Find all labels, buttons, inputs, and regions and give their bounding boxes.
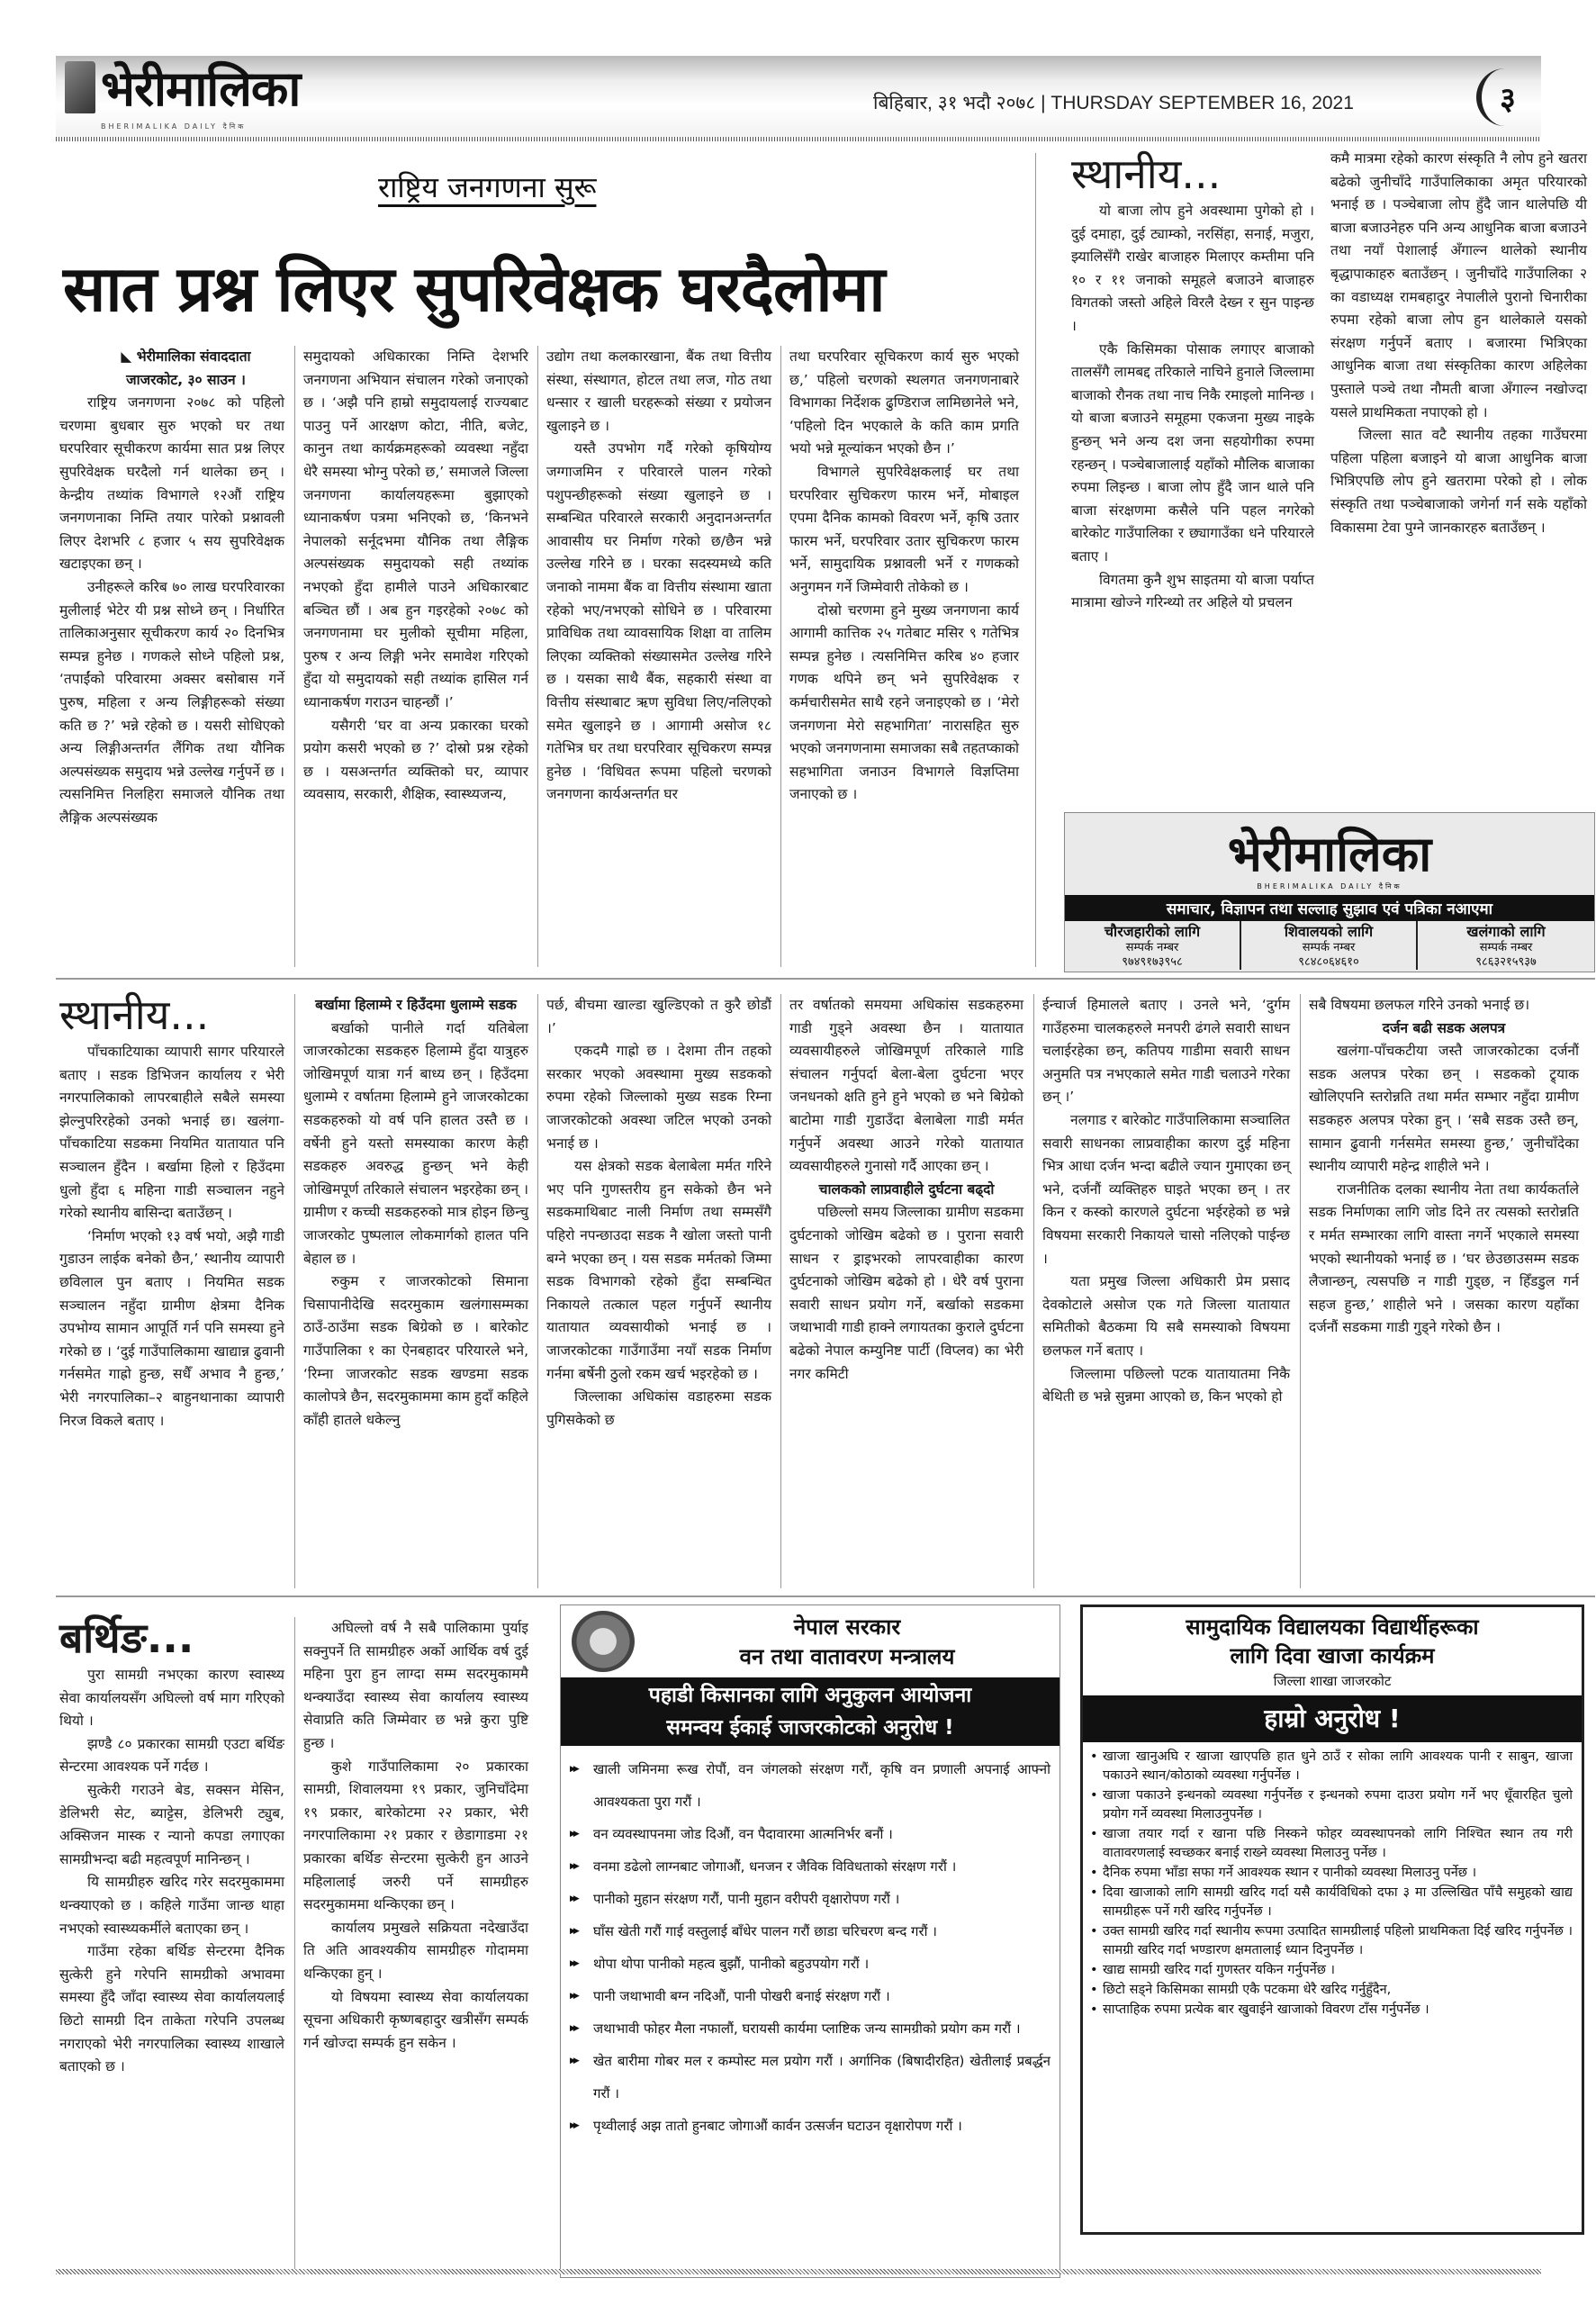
list-item: पृथ्वीलाई अझ तातो हुनबाट जोगाऔं कार्वन उ… <box>573 2110 1050 2142</box>
dateline-place: जाजरकोट, ३० साउन । <box>59 369 284 393</box>
local-mid-column-6: सबै विषयमा छलफल गरिने उनको भनाई छ। दर्जन… <box>1309 994 1579 1340</box>
lead-column-1: ◣ भेरीमालिका संवाददाता जाजरकोट, ३० साउन … <box>59 346 284 829</box>
local-mid-column-3: पर्छ, बीचमा खाल्डा खुल्डिएको त कुरै छोडौ… <box>546 994 771 1432</box>
list-item: दैनिक रुपमा भाँडा सफा गर्ने आवश्यक स्थान… <box>1090 1864 1573 1883</box>
local-mid-column-2: बर्खामा हिलाम्मे र हिउँदमा धुलाम्मे सडक … <box>303 994 528 1432</box>
byline: ◣ भेरीमालिका संवाददाता <box>59 346 284 369</box>
paragraph: पर्छ, बीचमा खाल्डा खुल्डिएको त कुरै छोडौ… <box>546 994 771 1040</box>
list-item: पानी जथाभावी बग्न नदिऔं, पानी पोखरी बनाई… <box>573 1980 1050 2012</box>
paragraph: यसैगरी ‘घर वा अन्य प्रकारका घरको प्रयोग … <box>303 715 528 807</box>
phone-number[interactable]: ९८६३२१५९३७ <box>1421 955 1591 970</box>
paragraph: विभागले सुपरिवेक्षकलाई घर तथा घरपरिवार स… <box>789 461 1019 600</box>
paragraph: गाउँमा रहेका बर्थिङ सेन्टरमा दैनिक सुत्क… <box>59 1940 284 2079</box>
page-number: ३ <box>1476 68 1534 126</box>
birthing-column-2: अघिल्लो वर्ष नै सबै पालिकामा पुर्याइ सक्… <box>303 1617 528 2055</box>
phone-number[interactable]: ९८४८०६४६१० <box>1245 955 1412 970</box>
story-kicker: राष्ट्रिय जनगणना सुरू <box>378 167 596 206</box>
column-divider <box>294 1617 295 2274</box>
paragraph: पछिल्लो समय जिल्लाका ग्रामीण सडकमा दुर्घ… <box>789 1201 1023 1386</box>
gov-ad-banner: पहाडी किसानका लागि अनुकुलन आयोजना समन्वय… <box>561 1677 1059 1746</box>
government-advertisement: नेपाल सरकार वन तथा वातावरण मन्त्रालय पहा… <box>560 1604 1060 2278</box>
paragraph: एकदमै गाह्रो छ । देशमा तीन तहको सरकार भए… <box>546 1040 771 1155</box>
story-headline: सात प्रश्न लिएर सुपरिवेक्षक घरदैलोमा <box>63 243 885 330</box>
contact-shivalaya: शिवालयको लागि सम्पर्क नम्बर ९८४८०६४६१० <box>1241 921 1418 970</box>
paragraph: तर वर्षातको समयमा अधिकांस सडकहरुमा गाडी … <box>789 994 1023 1179</box>
paragraph: जिल्ला सात वटै स्थानीय तहका गाउँघरमा पहि… <box>1330 424 1587 539</box>
promo-logo: भेरीमालिका <box>1065 813 1594 885</box>
paragraph: जिल्लाका अधिकांस वडाहरुमा सडक पुगिसकेको … <box>546 1386 771 1432</box>
promo-contacts: चौरजहारीको लागि सम्पर्क नम्बर ९७४९१७३९५८… <box>1065 921 1594 970</box>
paragraph: एकै किसिमका पोसाक लगाएर बाजाको तालसँगै ल… <box>1071 339 1314 569</box>
dateline: बिहिबार, ३१ भदौ २०७८ | THURSDAY SEPTEMBE… <box>873 90 1354 115</box>
phone-number[interactable]: ९७४९१७३९५८ <box>1069 955 1236 970</box>
paragraph: कुशे गाउँपालिकामा २० प्रकारका सामग्री, श… <box>303 1756 528 1917</box>
paragraph: दोस्रो चरणमा हुने मुख्य जनगणना कार्य आगा… <box>789 600 1019 807</box>
column-divider <box>294 346 295 967</box>
paragraph: बर्खाको पानीले गर्दा यतिबेला जाजरकोटका स… <box>303 1017 528 1271</box>
subhead: बर्खामा हिलाम्मे र हिउँदमा धुलाम्मे सडक <box>303 994 528 1017</box>
paragraph: यो बाजा लोप हुने अवस्थामा पुगेको हो । दु… <box>1071 200 1314 339</box>
paragraph: पुरा सामग्री नभएका कारण स्वास्थ्य सेवा क… <box>59 1664 284 1733</box>
paragraph: ईन्चार्ज हिमालले बताए । उनले भने, ‘दुर्ग… <box>1042 994 1290 1109</box>
column-divider <box>537 994 538 1588</box>
list-item: खाजा तयार गर्दा र खाना पछि निस्कने फोहर … <box>1090 1825 1573 1863</box>
paragraph: उद्योग तथा कलकारखाना, बैंक तथा वित्तीय स… <box>546 346 771 438</box>
list-item: खाजा पकाउने इन्धनको व्यवस्था गर्नुपर्नेछ… <box>1090 1786 1573 1824</box>
lead-column-2: समुदायको अधिकारका निम्ति देशभरि जनगणना अ… <box>303 346 528 807</box>
column-divider <box>537 346 538 967</box>
paragraph: रुकुम र जाजरकोटको सिमाना चिसापानीदेखि सद… <box>303 1270 528 1432</box>
logo-subtitle: BHERIMALIKA DAILY दैनिक <box>101 122 246 131</box>
list-item: साप्ताहिक रुपमा प्रत्येक बार खुवाईने खाज… <box>1090 2001 1573 2020</box>
column-divider <box>1300 994 1301 1588</box>
paragraph: जिल्लामा पछिल्लो पटक यातायातमा निकै बेथि… <box>1042 1363 1290 1409</box>
section-title-birthing: बर्थिङ... <box>59 1617 284 1659</box>
logo-text: भेरीमालिका <box>101 65 300 113</box>
section-title-local: स्थानीय... <box>1071 153 1314 194</box>
column-divider <box>780 346 781 967</box>
school-meal-advertisement: सामुदायिक विद्यालयका विद्यार्थीहरूका लाग… <box>1080 1604 1584 2235</box>
date-nepali: बिहिबार, ३१ भदौ २०७८ <box>873 93 1035 113</box>
paragraph: अघिल्लो वर्ष नै सबै पालिकामा पुर्याइ सक्… <box>303 1617 528 1756</box>
date-english: THURSDAY SEPTEMBER 16, 2021 <box>1050 93 1354 113</box>
column-divider <box>294 994 295 1588</box>
contact-khalanga: खलंगाको लागि सम्पर्क नम्बर ९८६३२१५९३७ <box>1418 921 1594 970</box>
list-item: वन व्यवस्थापनमा जोड दिऔं, वन पैदावारमा आ… <box>573 1818 1050 1850</box>
list-item: दिवा खाजाको लागि सामग्री खरिद गर्दा यसै … <box>1090 1884 1573 1921</box>
paragraph: समुदायको अधिकारका निम्ति देशभरि जनगणना अ… <box>303 346 528 715</box>
list-item: खाजा खानुअघि र खाजा खाएपछि हात धुने ठाउँ… <box>1090 1748 1573 1785</box>
paragraph: ‘निर्माण भएको १३ वर्ष भयो, अझै गाडी गुडा… <box>59 1225 284 1433</box>
gov-ad-list: खाली जमिनमा रूख रोपौं, वन जंगलको संरक्षण… <box>561 1746 1059 2142</box>
paragraph: सबै विषयमा छलफल गरिने उनको भनाई छ। <box>1309 994 1579 1017</box>
column-divider <box>1033 994 1034 1588</box>
school-ad-banner: हाम्रो अनुरोध ! <box>1083 1695 1582 1742</box>
date-separator: | <box>1041 93 1045 113</box>
paragraph: यस्तै उपभोग गर्दै गरेको कृषियोग्य जग्गाज… <box>546 438 771 807</box>
promo-logo-subtitle: BHERIMALIKA DAILY दैनिक <box>1065 881 1594 891</box>
footer-rule <box>56 2269 1541 2274</box>
paragraph: खलंगा-पाँचकटीया जस्तै जाजरकोटका दर्जनौं … <box>1309 1040 1579 1179</box>
ministry-title: वन तथा वातावरण मन्त्रालय <box>635 1641 1059 1671</box>
logo-emblem-icon <box>65 61 95 113</box>
local-mid-column-1: स्थानीय... पाँचकाटियाका व्यापारी सागर पर… <box>59 994 284 1433</box>
list-item: थोपा थोपा पानीको महत्व बुझौं, पानीको बहु… <box>573 1948 1050 1980</box>
school-ad-title: सामुदायिक विद्यालयका विद्यार्थीहरूका लाग… <box>1083 1607 1582 1670</box>
paragraph: राजनीतिक दलका स्थानीय नेता तथा कार्यकर्त… <box>1309 1179 1579 1340</box>
gov-title: नेपाल सरकार <box>635 1612 1059 1641</box>
paragraph: सुत्केरी गराउने बेड, सक्सन मेसिन, डेलिभर… <box>59 1779 284 1871</box>
subhead: दर्जन बढी सडक अलपत्र <box>1309 1017 1579 1041</box>
list-item: वनमा डढेलो लाग्नबाट जोगाऔं, धनजन र जैविक… <box>573 1850 1050 1883</box>
list-item: खाद्य सामग्री खरिद गर्दा गुणस्तर यकिन गर… <box>1090 1961 1573 1980</box>
lead-column-4: तथा घरपरिवार सूचिकरण कार्य सुरु भएको छ,’… <box>789 346 1019 807</box>
nepal-emblem-icon <box>572 1611 635 1672</box>
section-divider <box>56 978 1595 980</box>
paragraph: तथा घरपरिवार सूचिकरण कार्य सुरु भएको छ,’… <box>789 346 1019 461</box>
paragraph: यता प्रमुख जिल्ला अधिकारी प्रेम प्रसाद द… <box>1042 1270 1290 1362</box>
column-divider <box>1035 153 1036 967</box>
newspaper-promo-box: भेरीमालिका BHERIMALIKA DAILY दैनिक समाचा… <box>1064 812 1595 972</box>
paragraph: उनीहरूले करिब ७० लाख घरपरिवारका मुलीलाई … <box>59 576 284 830</box>
list-item: जथाभावी फोहर मैला नफालौं, घरायसी कार्यमा… <box>573 2012 1050 2045</box>
paragraph: कमै मात्रमा रहेको कारण संस्कृति नै लोप ह… <box>1330 148 1587 424</box>
local-continued-column-1: स्थानीय... यो बाजा लोप हुने अवस्थामा पुग… <box>1071 153 1314 615</box>
paragraph: झण्डै ८० प्रकारका सामग्री एउटा बर्थिङ से… <box>59 1733 284 1779</box>
masthead-rule <box>56 137 1541 141</box>
newspaper-logo: भेरीमालिका <box>65 61 300 113</box>
promo-banner: समाचार, विज्ञापन तथा सल्लाह सुझाव एवं पत… <box>1065 895 1594 921</box>
paragraph: नलगाड र बारेकोट गाउँपालिकामा सञ्चालित सव… <box>1042 1109 1290 1270</box>
list-item: उक्त सामग्री खरिद गर्दा स्थानीय रूपमा उत… <box>1090 1922 1573 1960</box>
contact-chaurjahari: चौरजहारीको लागि सम्पर्क नम्बर ९७४९१७३९५८ <box>1065 921 1241 970</box>
section-divider <box>56 1595 1595 1597</box>
column-divider <box>780 994 781 1588</box>
paragraph: कार्यालय प्रमुखले सक्रियता नदेखाउँदा ति … <box>303 1917 528 1986</box>
list-item: खाली जमिनमा रूख रोपौं, वन जंगलको संरक्षण… <box>573 1753 1050 1818</box>
section-title-local: स्थानीय... <box>59 994 284 1035</box>
paragraph: राष्ट्रिय जनगणना २०७८ को पहिलो चरणमा बुध… <box>59 392 284 576</box>
paragraph: यस क्षेत्रको सडक बेलाबेला मर्मत गरिने भए… <box>546 1155 771 1386</box>
local-mid-column-5: ईन्चार्ज हिमालले बताए । उनले भने, ‘दुर्ग… <box>1042 994 1290 1409</box>
paragraph: विगतमा कुनै शुभ साइतमा यो बाजा पर्याप्त … <box>1071 569 1314 615</box>
school-ad-list: खाजा खानुअघि र खाजा खाएपछि हात धुने ठाउँ… <box>1083 1742 1582 2020</box>
birthing-column-1: बर्थिङ... पुरा सामग्री नभएका कारण स्वास्… <box>59 1617 284 2079</box>
list-item: छिटो सड्ने किसिमका सामग्री एकै पटकमा धेर… <box>1090 1981 1573 2000</box>
gov-ad-header: नेपाल सरकार वन तथा वातावरण मन्त्रालय <box>561 1605 1059 1677</box>
list-item: पानीको मुहान संरक्षण गरौं, पानी मुहान वर… <box>573 1883 1050 1915</box>
list-item: खेत बारीमा गोबर मल र कम्पोस्ट मल प्रयोग … <box>573 2045 1050 2110</box>
paragraph: यि सामग्रीहरु खरिद गरेर सदरमुकाममा थन्क्… <box>59 1871 284 1940</box>
subhead: चालकको लाप्रवाहीले दुर्घटना बढ्दो <box>789 1179 1023 1202</box>
local-continued-column-2: कमै मात्रमा रहेको कारण संस्कृति नै लोप ह… <box>1330 148 1587 539</box>
local-mid-column-4: तर वर्षातको समयमा अधिकांस सडकहरुमा गाडी … <box>789 994 1023 1386</box>
lead-column-3: उद्योग तथा कलकारखाना, बैंक तथा वित्तीय स… <box>546 346 771 807</box>
list-item: घाँस खेती गरौं गाई वस्तुलाई बाँधेर पालन … <box>573 1915 1050 1948</box>
paragraph: यो विषयमा स्वास्थ्य सेवा कार्यालयका सूचन… <box>303 1986 528 2056</box>
paragraph: पाँचकाटियाका व्यापारी सागर परियारले बताए… <box>59 1041 284 1225</box>
school-ad-subtitle: जिल्ला शाखा जाजरकोट <box>1083 1670 1582 1692</box>
